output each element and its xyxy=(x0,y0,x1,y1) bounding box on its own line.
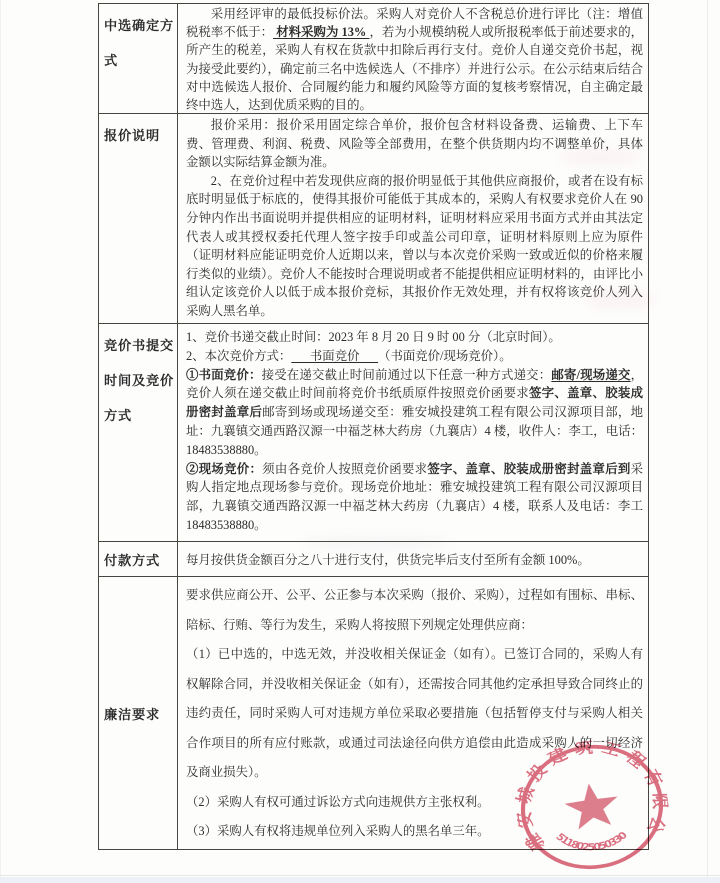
row-content: 要求供应商公开、公平、公正参与本次采购（报价、采购），过程如有围标、串标、陪标、… xyxy=(178,577,648,849)
paragraph: ②现场竞价：须由各竞价人按照竞价函要求签字、盖章、胶装成册密封盖章后到采购人指定… xyxy=(186,460,643,535)
row-content: 每月按供货金额百分之八十进行支付，供货完毕后支付至所有金额 100%。 xyxy=(178,542,648,576)
table-row: 廉洁要求 要求供应商公开、公平、公正参与本次采购（报价、采购），过程如有围标、串… xyxy=(99,577,648,849)
paragraph: （2）采购人有权可通过诉讼方式向违规供方主张权利。 xyxy=(186,788,643,818)
row-label-selection-method: 中选确定方式 xyxy=(99,4,178,113)
page-bottom-edge xyxy=(0,877,720,883)
table-row: 报价说明 报价采用：报价采用固定综合单价，报价包含材料设备费、运输费、上下车费、… xyxy=(99,114,648,324)
paragraph: 每月按供货金额百分之八十进行支付，供货完毕后支付至所有金额 100%。 xyxy=(186,550,590,568)
paragraph: （3）采购人有权将违规单位列入采购人的黑名单三年。 xyxy=(186,817,643,847)
row-label-bid-submission-time-method: 竞价书提交时间及竞价方式 xyxy=(99,324,178,541)
table-row: 付款方式 每月按供货金额百分之八十进行支付，供货完毕后支付至所有金额 100%。 xyxy=(99,542,648,577)
row-content: 采用经评审的最低投标价法。采购人对竞价人不含税总价进行评比（注：增值税税率不低于… xyxy=(178,4,648,113)
table-row: 中选确定方式 采用经评审的最低投标价法。采购人对竞价人不含税总价进行评比（注：增… xyxy=(99,4,648,114)
row-label-integrity-requirements: 廉洁要求 xyxy=(99,577,178,849)
paragraph: 要求供应商公开、公平、公正参与本次采购（报价、采购），过程如有围标、串标、陪标、… xyxy=(186,581,643,640)
page-bottom-edge-line xyxy=(0,875,720,876)
row-content: 报价采用：报价采用固定综合单价，报价包含材料设备费、运输费、上下车费、管理费、利… xyxy=(178,114,648,323)
scanned-document-page: 中选确定方式 采用经评审的最低投标价法。采购人对竞价人不含税总价进行评比（注：增… xyxy=(0,0,720,883)
paragraph: 报价采用：报价采用固定综合单价，报价包含材料设备费、运输费、上下车费、管理费、利… xyxy=(186,116,643,172)
row-label-payment-method: 付款方式 xyxy=(99,542,178,576)
paragraph: ①书面竞价：接受在递交截止时间前通过以下任意一种方式递交：邮寄/现场递交，竞价人… xyxy=(186,366,643,460)
row-content: 1、竞价书递交截止时间：2023 年 8 月 20 日 9 时 00 分（北京时… xyxy=(178,324,648,541)
page-fold-line xyxy=(707,0,708,883)
paragraph: （1）已中选的，中选无效，并没收相关保证金（如有）。已签订合同的，采购人有权解除… xyxy=(186,640,643,788)
paragraph: 1、竞价书递交截止时间：2023 年 8 月 20 日 9 时 00 分（北京时… xyxy=(186,328,643,347)
table-row: 竞价书提交时间及竞价方式 1、竞价书递交截止时间：2023 年 8 月 20 日… xyxy=(99,324,648,542)
row-label-quotation-note: 报价说明 xyxy=(99,114,178,323)
paragraph: 2、在竞价过程中若发现供应商的报价明显低于其他供应商报价，或者在设有标底时明显低… xyxy=(186,172,643,321)
paragraph: 2、本次竞价方式： 书面竞价 （书面竞价/现场竞价）。 xyxy=(186,347,643,366)
document-table: 中选确定方式 采用经评审的最低投标价法。采购人对竞价人不含税总价进行评比（注：增… xyxy=(98,3,649,850)
paragraph: 采用经评审的最低投标价法。采购人对竞价人不含税总价进行评比（注：增值税税率不低于… xyxy=(186,5,643,113)
page-left-edge xyxy=(0,0,1,883)
